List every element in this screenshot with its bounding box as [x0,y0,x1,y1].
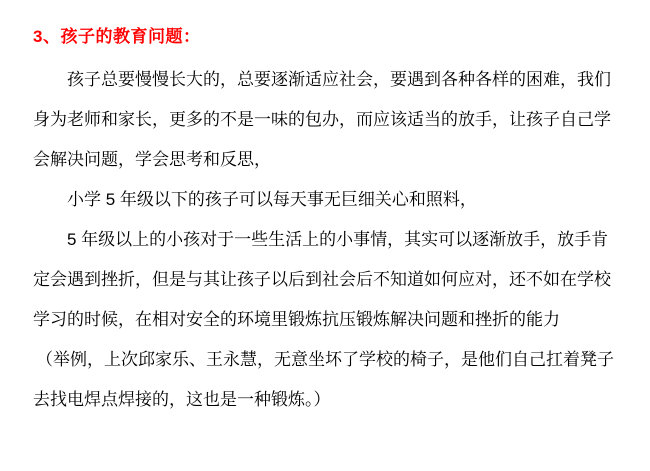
document-body: 孩子总要慢慢长大的，总要逐渐适应社会，要遇到各种各样的困难，我们身为老师和家长，… [33,60,618,420]
paragraph-growing-up: 孩子总要慢慢长大的，总要逐渐适应社会，要遇到各种各样的困难，我们身为老师和家长，… [33,60,618,180]
paragraph-example-note: （举例，上次邱家乐、王永慧，无意坐坏了学校的椅子，是他们自己扛着凳子去找电焊点焊… [33,340,618,420]
section-heading: 3、孩子的教育问题： [33,26,618,48]
paragraph-below-grade5: 小学 5 年级以下的孩子可以每天事无巨细关心和照料， [33,180,618,220]
paragraph-above-grade5: 5 年级以上的小孩对于一些生活上的小事情，其实可以逐渐放手，放手肯定会遇到挫折，… [33,220,618,340]
document-page: 3、孩子的教育问题： 孩子总要慢慢长大的，总要逐渐适应社会，要遇到各种各样的困难… [0,0,650,471]
